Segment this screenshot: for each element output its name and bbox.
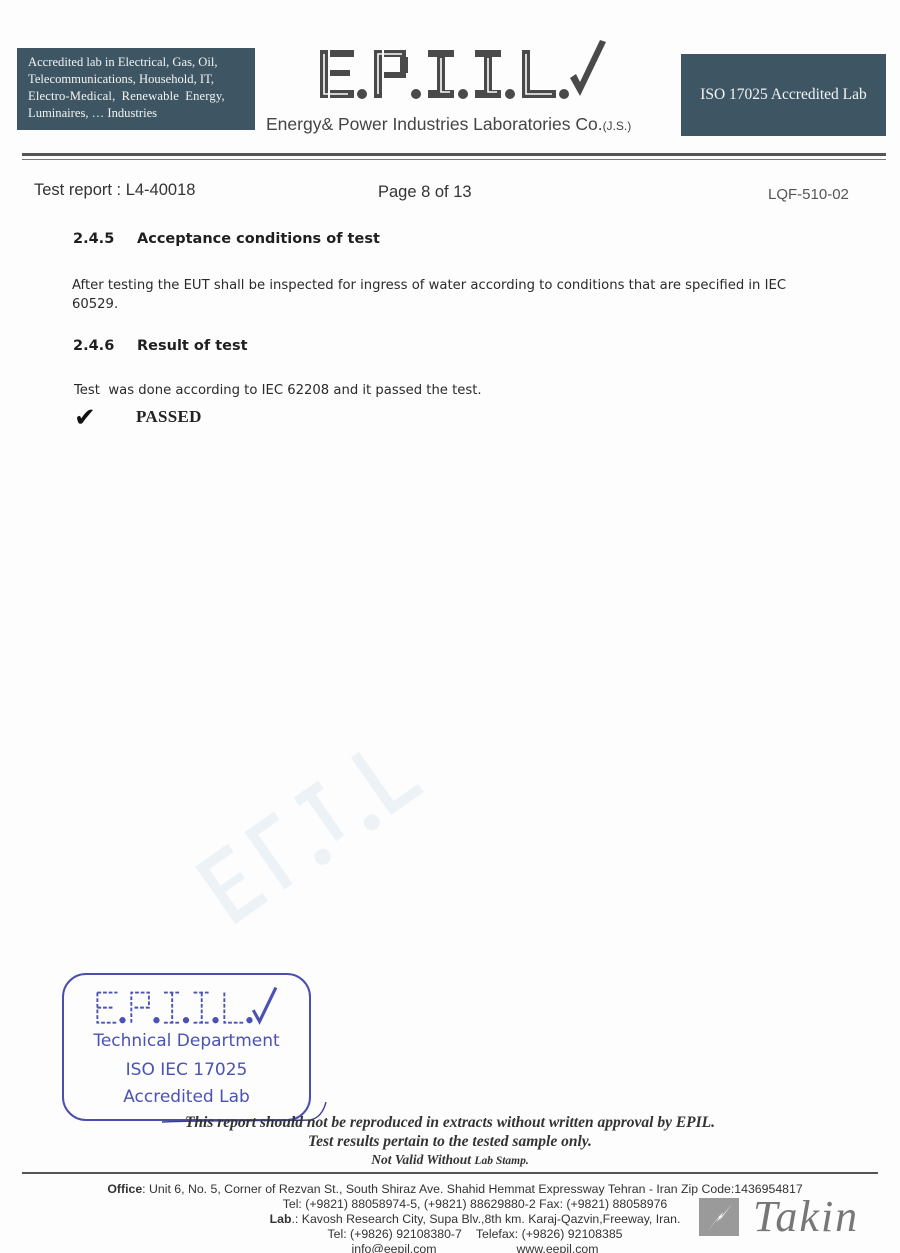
accreditation-line: Electro-Medical, Renewable Energy, <box>28 88 255 105</box>
company-suffix: (J.S.) <box>603 119 632 133</box>
accreditation-line: Accredited lab in Electrical, Gas, Oil, <box>28 54 255 71</box>
email-link[interactable]: info@eepil.com <box>352 1242 437 1253</box>
stamp-logo-icon <box>86 985 286 1029</box>
stamp-department: Technical Department <box>64 1031 309 1051</box>
result-label: PASSED <box>136 407 202 427</box>
watermark-icon <box>150 660 510 970</box>
takin-wordmark: Takin <box>753 1197 859 1237</box>
disclaimer-line: Test results pertain to the tested sampl… <box>150 1132 750 1151</box>
section-body: Test was done according to IEC 62208 and… <box>74 381 482 400</box>
footer-links: info@eepil.comwww.eepil.com <box>60 1242 850 1253</box>
report-id: Test report : L4-40018 <box>34 181 195 200</box>
footer-divider <box>22 1172 878 1174</box>
section-number: 2.4.5 <box>73 231 137 247</box>
section-heading: 2.4.5Acceptance conditions of test <box>73 231 380 247</box>
header-divider <box>22 153 886 156</box>
accreditation-box: Accredited lab in Electrical, Gas, Oil, … <box>17 48 255 130</box>
test-result: ✔ PASSED <box>74 404 202 430</box>
epil-logo-icon <box>318 38 608 108</box>
section-title: Acceptance conditions of test <box>137 231 380 247</box>
iso-badge: ISO 17025 Accredited Lab <box>681 54 886 136</box>
header-divider-thin <box>22 159 886 160</box>
lightning-icon <box>699 1198 739 1236</box>
accreditation-line: Telecommunications, Household, IT, <box>28 71 255 88</box>
epil-logo <box>318 38 608 108</box>
section-body: After testing the EUT shall be inspected… <box>72 276 812 314</box>
company-name: Energy& Power Industries Laboratories Co… <box>266 114 631 135</box>
check-icon: ✔ <box>74 404 136 430</box>
section-title: Result of test <box>137 338 248 354</box>
website-link[interactable]: www.eepil.com <box>516 1242 598 1253</box>
watermark-logo <box>150 660 510 970</box>
office-address: Office: Unit 6, No. 5, Corner of Rezvan … <box>60 1182 850 1197</box>
lab-stamp: Technical Department ISO IEC 17025 Accre… <box>62 973 311 1121</box>
disclaimer-line: This report should not be reproduced in … <box>150 1113 750 1132</box>
stamp-standard: ISO IEC 17025 <box>64 1060 309 1080</box>
disclaimer-line: Not Valid Without Lab Stamp. <box>150 1151 750 1170</box>
section-number: 2.4.6 <box>73 338 137 354</box>
page-number: Page 8 of 13 <box>378 183 472 202</box>
form-code: LQF-510-02 <box>768 186 849 203</box>
accreditation-line: Luminaires, … Industries <box>28 105 255 122</box>
takin-logo: Takin <box>699 1197 859 1237</box>
section-heading: 2.4.6Result of test <box>73 338 248 354</box>
disclaimer: This report should not be reproduced in … <box>150 1113 750 1170</box>
